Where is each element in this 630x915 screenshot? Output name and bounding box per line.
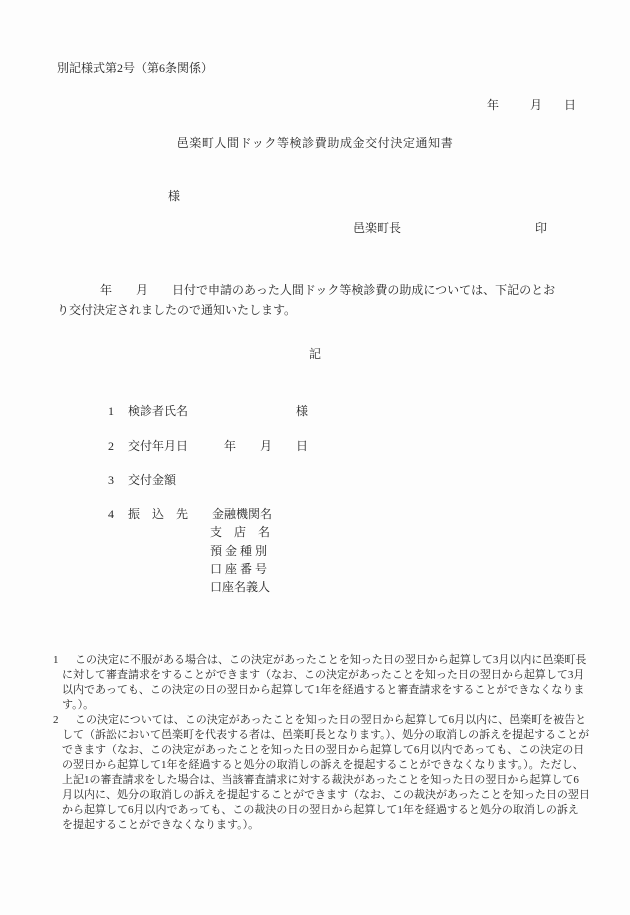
item-text: 交付金額 xyxy=(128,473,176,487)
note-number: 1 xyxy=(53,653,75,668)
item-row-2: 2交付年月日 年 月 日 xyxy=(108,439,308,453)
note-2-line-8: を提起することができなくなります。）。 xyxy=(0,818,630,833)
note-2-line-2: して（訴訟において邑楽町を代表する者は、邑楽町長となります。）、処分の取消しの訴… xyxy=(0,728,630,743)
bank-detail-account-type: 預 金 種 別 xyxy=(210,544,267,558)
body-paragraph: 年 月 日付で申請のあった人間ドック等検診費の助成については、下記のとお り交付… xyxy=(57,280,577,320)
issuer-title: 邑楽町長 xyxy=(353,221,401,235)
header-date-month: 月 xyxy=(530,98,542,112)
item-number: 2 xyxy=(108,439,128,453)
bank-detail-branch: 支 店 名 xyxy=(210,525,270,539)
note-1-line-3: 以内であっても、この決定の日の翌日から起算して1年を経過すると審査請求をすること… xyxy=(0,683,630,698)
body-line-1: 年 月 日付で申請のあった人間ドック等検診費の助成については、下記のとお xyxy=(57,280,577,300)
note-1-line-2: に対して審査請求をすることができます（なお、この決定があったことを知った日の翌日… xyxy=(0,668,630,683)
note-2-line-1: 2この決定については、この決定があったことを知った日の翌日から起算して6月以内に… xyxy=(0,713,630,728)
item-number: 1 xyxy=(108,404,128,418)
document-title: 邑楽町人間ドック等検診費助成金交付決定通知書 xyxy=(0,136,630,150)
item-number: 3 xyxy=(108,473,128,487)
note-2-line-7: から起算して6月以内であっても、この裁決の日の翌日から起算して1年を経過すると処… xyxy=(0,803,630,818)
note-number: 2 xyxy=(53,713,75,728)
seal-label: 印 xyxy=(535,221,547,235)
item-row-3: 3交付金額 xyxy=(108,473,176,487)
note-2-line-5: 上記1の審査請求をした場合は、当該審査請求に対する裁決があったことを知った日の翌… xyxy=(0,773,630,788)
item-text: 振 込 先 金融機関名 xyxy=(128,507,272,521)
bank-detail-account-holder: 口座名義人 xyxy=(210,580,270,594)
header-date-year: 年 xyxy=(487,98,499,112)
note-2-line-3: できます（なお、この決定があったことを知った日の翌日から起算して6月以内であって… xyxy=(0,743,630,758)
note-2-line-6: 月以内に、処分の取消しの訴えを提起することができます（なお、この裁決があったこと… xyxy=(0,788,630,803)
document-page: 別記様式第2号（第6条関係） 年月日 邑楽町人間ドック等検診費助成金交付決定通知… xyxy=(0,0,630,915)
note-text: この決定に不服がある場合は、この決定があったことを知った日の翌日から起算して3月… xyxy=(75,654,586,666)
item-text: 交付年月日 年 月 日 xyxy=(128,439,308,453)
item-row-1: 1検診者氏名 様 xyxy=(108,404,308,418)
bank-detail-account-number: 口 座 番 号 xyxy=(210,562,267,576)
note-1-line-1: 1この決定に不服がある場合は、この決定があったことを知った日の翌日から起算して3… xyxy=(0,653,630,668)
item-text: 検診者氏名 様 xyxy=(128,404,308,418)
addressee-honorific: 様 xyxy=(168,189,180,203)
header-date-day: 日 xyxy=(564,98,576,112)
note-1-line-4: す。）。 xyxy=(0,698,630,713)
body-line-2: り交付決定されましたので通知いたします。 xyxy=(57,300,577,320)
section-marker: 記 xyxy=(0,347,630,361)
item-number: 4 xyxy=(108,507,128,521)
note-2-line-4: の翌日から起算して1年を経過すると処分の取消しの訴えを提起することができなくなり… xyxy=(0,758,630,773)
note-text: この決定については、この決定があったことを知った日の翌日から起算して6月以内に、… xyxy=(75,714,586,726)
form-number-label: 別記様式第2号（第6条関係） xyxy=(57,61,213,75)
header-date-line: 年月日 xyxy=(487,98,576,112)
notes-block: 1この決定に不服がある場合は、この決定があったことを知った日の翌日から起算して3… xyxy=(0,653,630,833)
item-row-4: 4振 込 先 金融機関名 xyxy=(108,507,272,521)
